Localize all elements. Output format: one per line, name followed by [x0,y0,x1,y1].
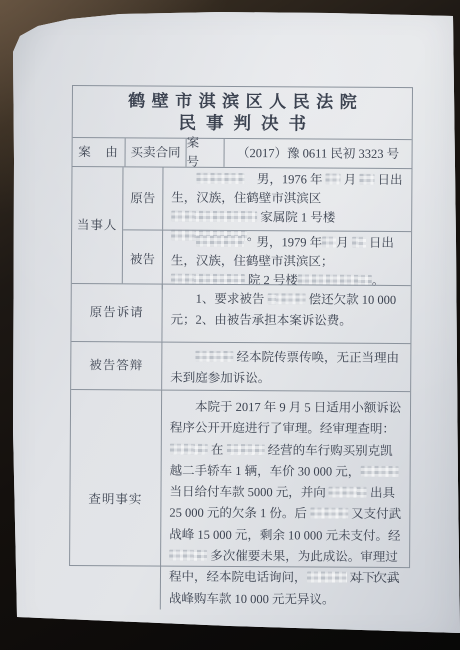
court-name: 鹤壁市淇滨区人民法院 [122,91,364,111]
redacted-text [329,487,367,498]
defense-text: 经本院传票传唤，无正当理由未到庭参加诉讼。 [170,347,402,390]
defense-content: 经本院传票传唤，无正当理由未到庭参加诉讼。 [161,343,410,392]
claim-row: 原告诉请 1、要求被告 偿还欠款 10 000 元；2、由被告承担本案诉讼费。 [71,283,410,343]
redacted-text [352,237,366,248]
case-info-row: 案 由 买卖合同 案 号 （2017）豫 0611 民初 3323 号 [73,137,412,168]
redacted-text [360,466,398,477]
redacted-text [268,293,306,304]
photo-background: 鹤壁市淇滨区人民法院 民事判决书 案 由 买卖合同 案 号 （2017）豫 06… [0,0,460,650]
defendant-info: 男，1979 年月 日出生，汉族，住鹤壁市淇滨区； 院 2 号楼。 [162,231,411,292]
judgment-table: 鹤壁市淇滨区人民法院 民事判决书 案 由 买卖合同 案 号 （2017）豫 06… [69,85,413,568]
defendant-text: 男，1979 年月 日出生，汉族，住鹤壁市淇滨区； 院 2 号楼。 [171,233,403,291]
document-type: 民事判决书 [168,114,316,134]
redacted-text [326,174,341,185]
parties-label: 当事人 [72,167,123,283]
defendant-row: 被告 男，1979 年月 日出生，汉族，住鹤壁市淇滨区； 院 2 号楼。 [123,229,411,291]
redacted-text [196,236,244,247]
cause-value: 买卖合同 [125,138,186,166]
defense-row: 被告答辩 经本院传票传唤，无正当理由未到庭参加诉讼。 [71,341,410,391]
redacted-text [310,508,348,519]
redacted-text [322,237,336,248]
redacted-text [306,572,346,583]
redacted-text [195,351,233,362]
defendant-label: 被告 [123,230,162,289]
plaintiff-info: 男，1976 年 月 日出生，汉族，住鹤壁市淇滨区 家属院 1 号楼。 [162,168,411,232]
cause-label: 案 由 [73,138,125,166]
redacted-text [359,174,374,185]
redacted-text [170,443,208,454]
parties-subtable: 原告 男，1976 年 月 日出生，汉族，住鹤壁市淇滨区 家属院 1 号楼。 被… [122,167,412,285]
redacted-text [169,550,207,561]
case-number-value: （2017）豫 0611 民初 3323 号 [224,139,412,168]
defense-label: 被告答辩 [71,342,161,390]
plaintiff-label: 原告 [123,167,162,229]
document-paper: 鹤壁市淇滨区人民法院 民事判决书 案 由 买卖合同 案 号 （2017）豫 06… [0,0,460,650]
title-cell: 鹤壁市淇滨区人民法院 民事判决书 [73,86,412,139]
case-number-label: 案 号 [186,139,224,167]
claim-text: 1、要求被告 偿还欠款 10 000 元；2、由被告承担本案诉讼费。 [171,289,403,332]
claim-content: 1、要求被告 偿还欠款 10 000 元；2、由被告承担本案诉讼费。 [161,285,410,344]
facts-label: 查明事实 [70,390,161,610]
redacted-text [196,173,244,184]
plaintiff-row: 原告 男，1976 年 月 日出生，汉族，住鹤壁市淇滨区 家属院 1 号楼。 [123,167,411,231]
redacted-text [227,444,265,455]
parties-row: 当事人 原告 男，1976 年 月 日出生，汉族，住鹤壁市淇滨区 家属院 1 号… [72,166,412,285]
claim-label: 原告诉请 [71,284,161,342]
redacted-text [171,211,257,223]
page-number: — 1 — [352,573,402,585]
